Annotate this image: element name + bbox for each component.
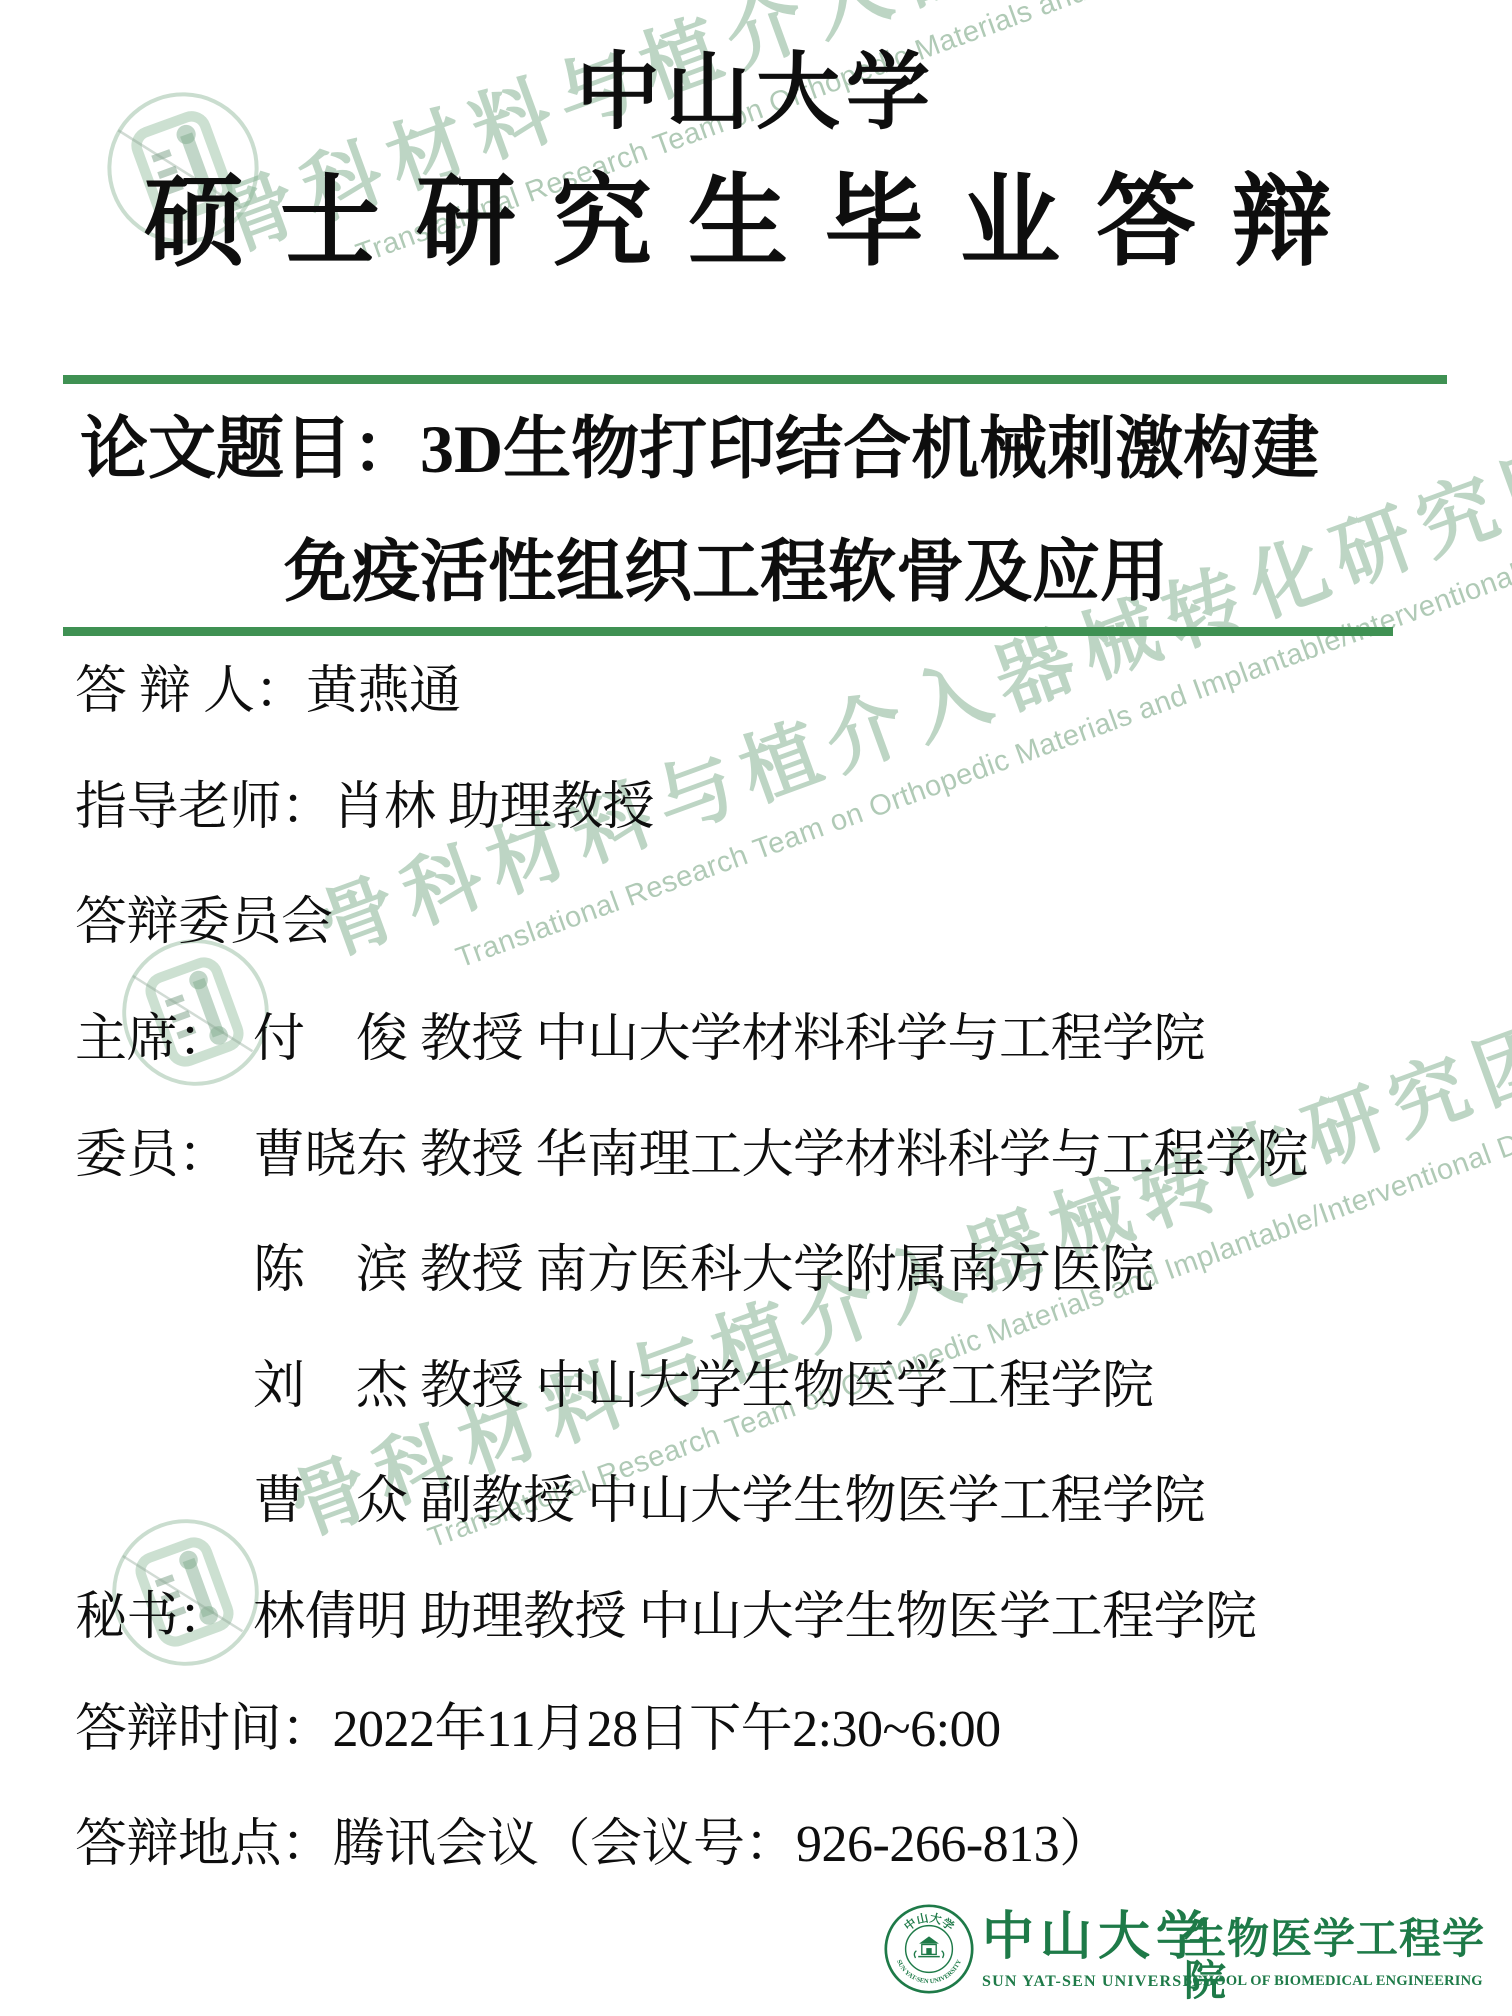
row-text: 曹晓东 教授 华南理工大学材料科学与工程学院 xyxy=(253,1127,1308,1184)
row-text: 曹 众 副教授 中山大学生物医学工程学院 xyxy=(253,1473,1205,1530)
committee-row-chair: 主席：付 俊 教授 中山大学材料科学与工程学院 xyxy=(75,1010,1205,1070)
row-label: 主席： xyxy=(75,1010,253,1070)
green-rule-top xyxy=(63,375,1447,384)
school-name-en: SCHOOL OF BIOMEDICAL ENGINEERING xyxy=(1184,1974,1483,1989)
row-label: 秘书： xyxy=(75,1588,253,1648)
defendant-line: 答 辩 人：黄燕通 xyxy=(75,662,461,722)
committee-row-member: 曹 众 副教授 中山大学生物医学工程学院 xyxy=(75,1472,1205,1532)
defense-announcement-poster: 骨科材料与植介入器械转化研究团队 Translational Research … xyxy=(0,0,1512,2016)
svg-text:中山大学: 中山大学 xyxy=(901,1911,957,1934)
row-text: 付 俊 教授 中山大学材料科学与工程学院 xyxy=(253,1011,1205,1068)
green-rule-bottom xyxy=(63,627,1393,636)
university-name-en: SUN YAT-SEN UNIVERSITY xyxy=(982,1974,1214,1990)
row-label: 委员： xyxy=(75,1126,253,1186)
row-text: 林倩明 助理教授 中山大学生物医学工程学院 xyxy=(253,1589,1257,1646)
committee-row-member: 刘 杰 教授 中山大学生物医学工程学院 xyxy=(75,1357,1154,1417)
school-name-cn: 生物医学工程学院 xyxy=(1184,1918,1510,2002)
thesis-title-line-2: 免疫活性组织工程软骨及应用 xyxy=(284,535,1168,610)
university-logotype: 中山大学 xyxy=(982,1912,1214,1964)
committee-heading: 答辩委员会 xyxy=(75,893,333,953)
committee-row-secretary: 秘书：林倩明 助理教授 中山大学生物医学工程学院 xyxy=(75,1588,1257,1648)
row-text: 刘 杰 教授 中山大学生物医学工程学院 xyxy=(253,1358,1154,1415)
defense-venue-line: 答辩地点：腾讯会议（会议号：926-266-813） xyxy=(75,1815,1111,1875)
advisor-line: 指导老师：肖林 助理教授 xyxy=(75,778,654,838)
committee-row-member: 委员：曹晓东 教授 华南理工大学材料科学与工程学院 xyxy=(75,1126,1308,1186)
seal-building-icon xyxy=(914,1936,943,1958)
thesis-title-line-1: 论文题目：3D生物打印结合机械刺激构建 xyxy=(80,412,1319,487)
committee-row-member: 陈 滨 教授 南方医科大学附属南方医院 xyxy=(75,1241,1154,1301)
defense-time-line: 答辩时间：2022年11月28日下午2:30~6:00 xyxy=(75,1700,1001,1760)
footer-logo: 中山大学 SUN YAT-SEN UNIVERSITY 中山大学 SUN YAT… xyxy=(878,1898,1510,2010)
university-title: 中山大学 xyxy=(0,48,1512,140)
sysu-seal: 中山大学 SUN YAT-SEN UNIVERSITY xyxy=(884,1904,974,1994)
seal-text-cn: 中山大学 xyxy=(901,1911,957,1934)
row-text: 陈 滨 教授 南方医科大学附属南方医院 xyxy=(253,1242,1154,1299)
event-title: 硕士研究生毕业答辩 xyxy=(0,168,1512,278)
